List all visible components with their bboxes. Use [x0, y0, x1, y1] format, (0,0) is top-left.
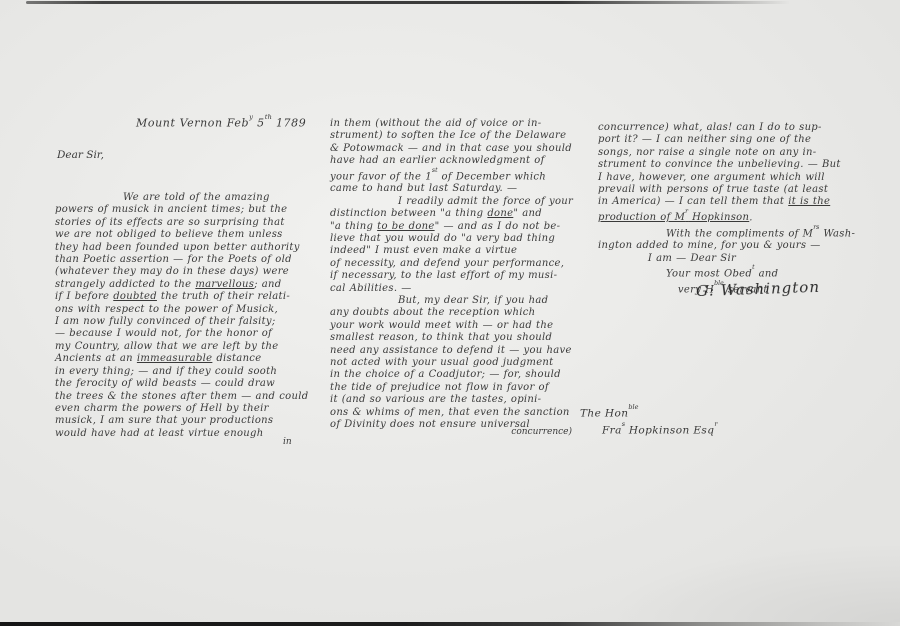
- manuscript-line: in every thing; — and if they could soot…: [55, 366, 307, 378]
- manuscript-line: I am now fully convinced of their falsit…: [55, 316, 307, 328]
- address-recipient: Fras Hopkinson Esqr: [602, 423, 717, 437]
- manuscript-line: ons with respect to the power of Musick,: [55, 304, 307, 316]
- manuscript-line: production of Mr Hopkinson.: [598, 209, 854, 225]
- manuscript-line: musick, I am sure that your productions: [55, 415, 307, 427]
- manuscript-line: ons & whims of men, that even the sancti…: [330, 407, 578, 419]
- manuscript-line: cal Abilities. —: [330, 283, 578, 295]
- letter-column-3: concurrence) what, alas! can I do to sup…: [598, 122, 854, 297]
- manuscript-line: the trees & the stones after them — and …: [55, 391, 307, 403]
- photo-bottom-edge: [0, 622, 900, 626]
- manuscript-line: Ancients at an immeasurable distance: [55, 353, 307, 365]
- manuscript-line: concurrence) what, alas! can I do to sup…: [598, 122, 854, 134]
- manuscript-line: even charm the powers of Hell by their: [55, 403, 307, 415]
- letter-column-2: in them (without the aid of voice or in-…: [330, 118, 578, 431]
- manuscript-line: stories of its effects are so surprising…: [55, 217, 307, 229]
- manuscript-line: it (and so various are the tastes, opini…: [330, 394, 578, 406]
- manuscript-line: ington added to mine, for you & yours —: [598, 240, 854, 252]
- manuscript-line: in the choice of a Coadjutor; — for, sho…: [330, 369, 578, 381]
- salutation: Dear Sir,: [57, 149, 104, 161]
- catchword-column-2: concurrence): [462, 427, 572, 437]
- manuscript-line: in them (without the aid of voice or in-: [330, 118, 578, 130]
- manuscript-line: not acted with your usual good judgment: [330, 357, 578, 369]
- letter-column-1: We are told of the amazingpowers of musi…: [55, 192, 307, 440]
- manuscript-line: have had an earlier acknowledgment of: [330, 155, 578, 167]
- catchword-column-1: in: [283, 437, 292, 447]
- manuscript-line: I am — Dear Sir: [598, 253, 854, 265]
- manuscript-line: powers of musick in ancient times; but t…: [55, 204, 307, 216]
- manuscript-line: your work would meet with — or had the: [330, 320, 578, 332]
- photo-top-edge: [26, 1, 790, 4]
- manuscript-line: I readily admit the force of your: [330, 196, 578, 208]
- manuscript-line: strangely addicted to the marvellous; an…: [55, 279, 307, 291]
- manuscript-line: of necessity, and defend your performanc…: [330, 258, 578, 270]
- manuscript-line: With the compliments of Mrs Wash-: [598, 225, 854, 241]
- manuscript-line: indeed" I must even make a virtue: [330, 245, 578, 257]
- manuscript-line: we are not obliged to believe them unles…: [55, 229, 307, 241]
- manuscript-line: the ferocity of wild beasts — could draw: [55, 378, 307, 390]
- manuscript-line: port it? — I can neither sing one of the: [598, 134, 854, 146]
- manuscript-line: prevail with persons of true taste (at l…: [598, 184, 854, 196]
- manuscript-line: they had been founded upon better author…: [55, 242, 307, 254]
- manuscript-line: — because I would not, for the honor of: [55, 328, 307, 340]
- manuscript-line: would have had at least virtue enough: [55, 428, 307, 440]
- manuscript-line: lieve that you would do "a very bad thin…: [330, 233, 578, 245]
- manuscript-line: if necessary, to the last effort of my m…: [330, 270, 578, 282]
- address-honorific: The Honble: [580, 406, 638, 420]
- manuscript-line: came to hand but last Saturday. —: [330, 183, 578, 195]
- manuscript-line: "a thing to be done" — and as I do not b…: [330, 221, 578, 233]
- manuscript-line: strument) to soften the Ice of the Delaw…: [330, 130, 578, 142]
- manuscript-line: songs, nor raise a single note on any in…: [598, 147, 854, 159]
- letter-photograph: Mount Vernon Feby 5th 1789 Dear Sir, We …: [0, 0, 900, 626]
- manuscript-line: the tide of prejudice not flow in favor …: [330, 382, 578, 394]
- manuscript-line: (whatever they may do in these days) wer…: [55, 266, 307, 278]
- signature: G: Washington: [696, 278, 821, 300]
- photo-corner-shadow: [600, 542, 900, 622]
- manuscript-line: We are told of the amazing: [55, 192, 307, 204]
- manuscript-line: any doubts about the reception which: [330, 307, 578, 319]
- manuscript-line: if I before doubted the truth of their r…: [55, 291, 307, 303]
- manuscript-line: in America) — I can tell them that it is…: [598, 196, 854, 208]
- manuscript-line: than Poetic assertion — for the Poets of…: [55, 254, 307, 266]
- manuscript-line: need any assistance to defend it — you h…: [330, 345, 578, 357]
- dateline: Mount Vernon Feby 5th 1789: [136, 116, 306, 130]
- manuscript-line: my Country, allow that we are left by th…: [55, 341, 307, 353]
- manuscript-line: distinction between "a thing done" and: [330, 208, 578, 220]
- manuscript-line: smallest reason, to think that you shoul…: [330, 332, 578, 344]
- manuscript-line: I have, however, one argument which will: [598, 172, 854, 184]
- manuscript-line: strument to convince the unbelieving. — …: [598, 159, 854, 171]
- manuscript-line: your favor of the 1st of December which: [330, 168, 578, 184]
- manuscript-line: & Potowmack — and in that case you shoul…: [330, 143, 578, 155]
- manuscript-line: But, my dear Sir, if you had: [330, 295, 578, 307]
